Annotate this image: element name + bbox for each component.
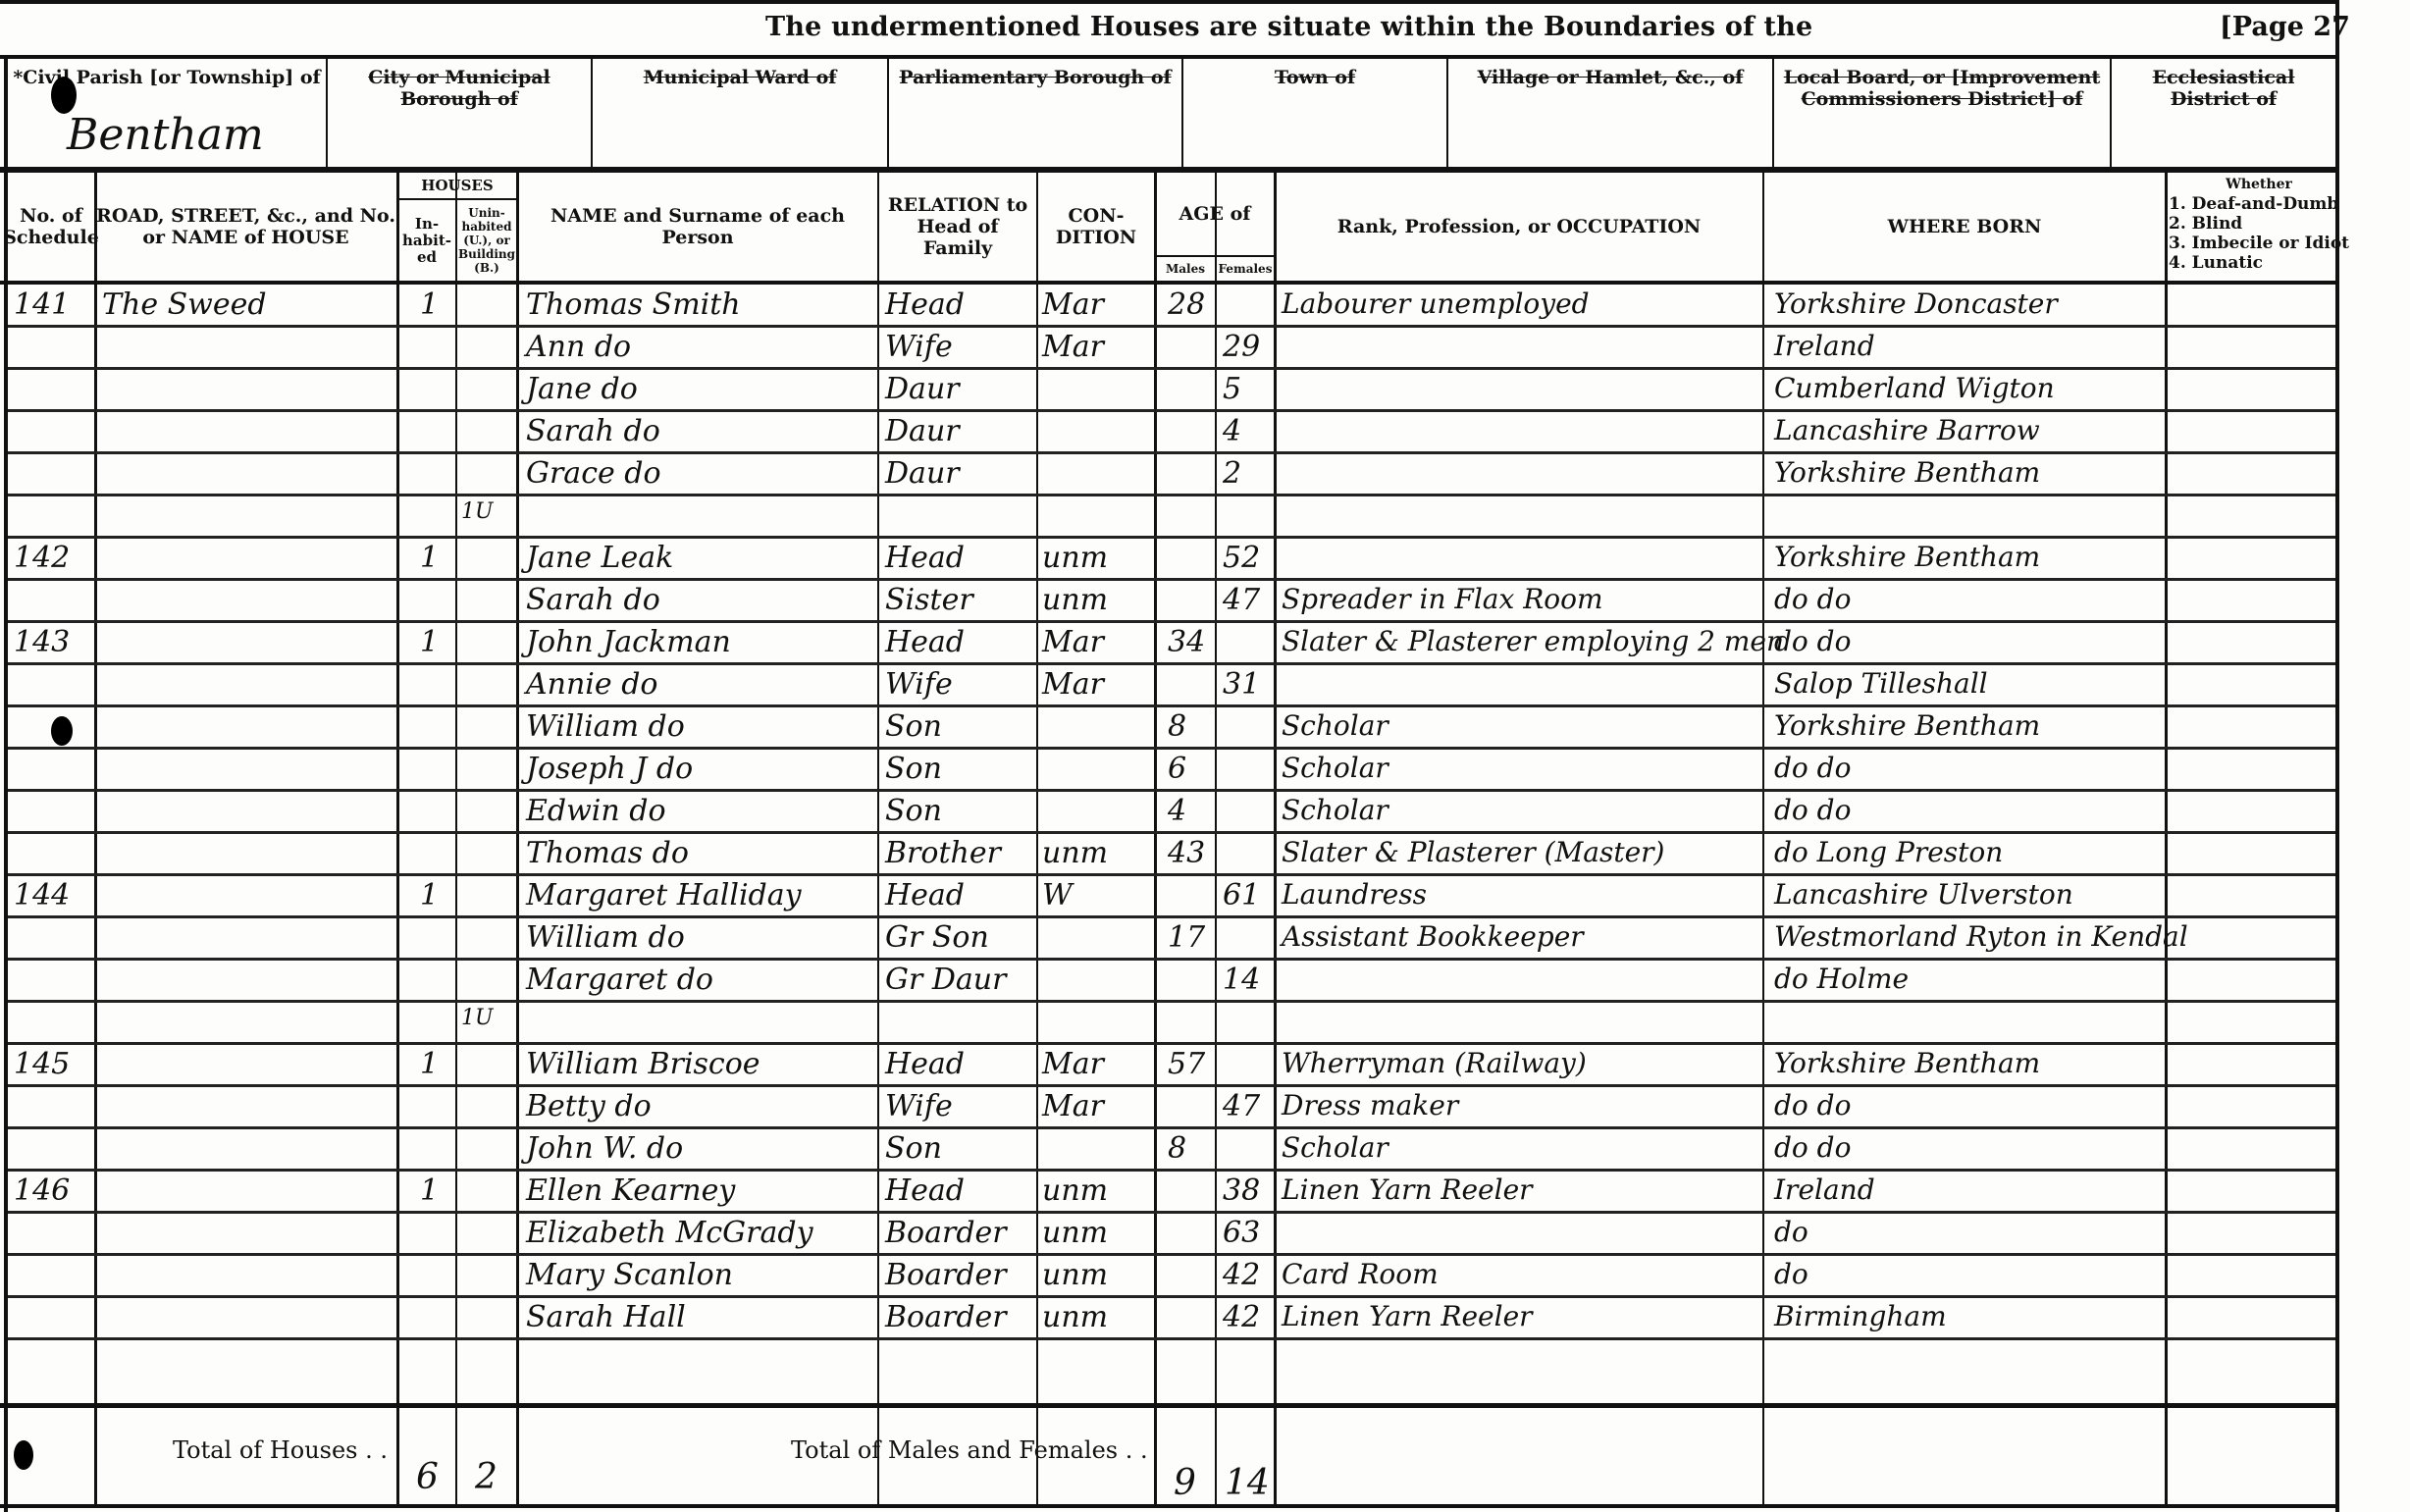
cell-female-age: 31 [1223,670,1260,700]
column-divider [1762,173,1764,1504]
cell-condition: Mar [1042,1092,1104,1121]
cell-relation: Head [885,628,965,657]
cell-name: Edwin do [526,797,666,826]
cell-name: Betty do [526,1092,652,1121]
cell-name: Sarah Hall [526,1303,686,1332]
cell-road: The Sweed [102,290,267,320]
cell-relation: Brother [885,839,1001,868]
column-divider [877,173,879,1504]
cell-name: Elizabeth McGrady [526,1219,813,1248]
cell-where-born: do [1774,1261,1808,1288]
cell-relation: Gr Son [885,923,989,953]
row-rule [8,1000,2335,1003]
totals-top-rule [0,1403,2339,1408]
cell-name: Margaret Halliday [526,881,802,911]
boundary-field: Parliamentary Borough of [889,59,1183,169]
row-rule [8,494,2335,496]
cell-where-born: Yorkshire Bentham [1774,712,2040,740]
cell-where-born: do do [1774,1134,1851,1162]
cell-where-born: Ireland [1774,1176,1875,1204]
houses-sub-rule [398,198,516,200]
boundary-field: Village or Hamlet, &c., of [1448,59,1774,169]
cell-relation: Head [885,1176,965,1206]
cell-uninhabited: 1U [461,1008,494,1029]
boundary-field: City or Municipal Borough of [328,59,593,169]
row-rule [8,620,2335,623]
cell-name: Jane do [526,375,638,404]
column-divider [516,173,519,1504]
column-divider [396,173,399,1504]
ink-blot [51,716,73,746]
infirmity-option: 4. Lunatic [2169,253,2349,273]
cell-occupation: Dress maker [1282,1092,1458,1120]
column-divider [2165,173,2168,1504]
cell-where-born: Westmorland Ryton in Kendal [1774,923,2188,951]
row-rule [8,1169,2335,1172]
boundary-label: Municipal Ward of [593,59,887,88]
cell-male-age: 8 [1168,712,1186,742]
census-page: The undermentioned Houses are situate wi… [0,0,2410,1512]
cell-inhabited: 1 [420,1050,439,1079]
cell-inhabited: 1 [420,628,439,657]
row-rule [8,1253,2335,1256]
cell-relation: Daur [885,375,960,404]
cell-name: Sarah do [526,586,660,615]
cell-condition: W [1042,881,1073,911]
cell-male-age: 8 [1168,1134,1186,1164]
header-houses: HOUSES [398,173,516,198]
cell-condition: unm [1042,1176,1108,1206]
cell-occupation: Card Room [1282,1261,1439,1288]
cell-relation: Wife [885,670,953,700]
cell-where-born: Yorkshire Bentham [1774,1050,2040,1077]
cell-relation: Boarder [885,1261,1007,1290]
cell-relation: Son [885,797,942,826]
cell-occupation: Linen Yarn Reeler [1282,1176,1533,1204]
page-bottom-rule [0,1504,2339,1508]
column-divider [1036,173,1038,1504]
total-females: 14 [1225,1466,1270,1501]
cell-female-age: 2 [1223,459,1241,489]
cell-inhabited: 1 [420,881,439,911]
cell-where-born: Lancashire Ulverston [1774,881,2073,909]
cell-name: Mary Scanlon [526,1261,733,1290]
cell-male-age: 28 [1168,290,1205,320]
cell-condition: unm [1042,1219,1108,1248]
cell-inhabited: 1 [420,544,439,573]
cell-uninhabited: 1U [461,501,494,523]
cell-female-age: 61 [1223,881,1260,911]
cell-female-age: 52 [1223,544,1260,573]
cell-occupation: Assistant Bookkeeper [1282,923,1584,951]
cell-condition: Mar [1042,1050,1104,1079]
boundary-label: Village or Hamlet, &c., of [1448,59,1772,88]
row-rule [8,1084,2335,1087]
cell-where-born: Yorkshire Doncaster [1774,290,2058,318]
cell-name: William Briscoe [526,1050,760,1079]
cell-schedule: 146 [14,1176,70,1206]
cell-relation: Son [885,755,942,784]
cell-relation: Boarder [885,1303,1007,1332]
boundary-value: Bentham [67,110,264,160]
cell-name: Jane Leak [526,544,673,573]
row-rule [8,789,2335,792]
row-rule [8,1042,2335,1045]
column-divider [1274,173,1277,1504]
row-rule [8,662,2335,665]
header-inhabited: In-habit-ed [398,200,455,281]
cell-where-born: Yorkshire Bentham [1774,544,2040,571]
cell-where-born: do do [1774,628,1851,655]
row-rule [8,1211,2335,1214]
cell-relation: Daur [885,417,960,446]
row-rule [8,704,2335,707]
cell-relation: Son [885,712,942,742]
cell-occupation: Wherryman (Railway) [1282,1050,1587,1077]
cell-condition: unm [1042,839,1108,868]
cell-occupation: Labourer unemployed [1282,290,1590,318]
cell-female-age: 42 [1223,1303,1260,1332]
row-rule [8,451,2335,454]
cell-name: Ann do [526,333,631,362]
cell-female-age: 42 [1223,1261,1260,1290]
cell-occupation: Scholar [1282,712,1388,740]
column-divider [1154,173,1157,1504]
row-rule [8,1337,2335,1340]
cell-where-born: Cumberland Wigton [1774,375,2055,402]
cell-male-age: 4 [1168,797,1186,826]
boundary-field: Local Board, or [Improvement Commissione… [1774,59,2112,169]
cell-occupation: Scholar [1282,755,1388,782]
cell-condition: unm [1042,1261,1108,1290]
cell-condition: unm [1042,586,1108,615]
boundary-label: Town of [1183,59,1446,88]
row-rule [8,831,2335,834]
cell-name: William do [526,923,685,953]
cell-relation: Head [885,290,965,320]
boundary-label: Local Board, or [Improvement Commissione… [1774,59,2110,110]
cell-where-born: Lancashire Barrow [1774,417,2040,444]
row-rule [8,409,2335,412]
row-rule [8,1126,2335,1129]
cell-male-age: 57 [1168,1050,1205,1079]
cell-male-age: 6 [1168,755,1186,784]
cell-male-age: 43 [1168,839,1205,868]
row-rule [8,915,2335,918]
header-occupation: Rank, Profession, or OCCUPATION [1276,173,1762,281]
cell-condition: Mar [1042,333,1104,362]
cell-name: Thomas do [526,839,689,868]
cell-where-born: do [1774,1219,1808,1246]
row-rule [8,1295,2335,1298]
cell-where-born: Yorkshire Bentham [1774,459,2040,487]
header-uninhabited: Unin-habited (U.), or Building (B.) [457,200,516,281]
cell-female-age: 4 [1223,417,1241,446]
cell-occupation: Slater & Plasterer employing 2 men [1282,628,1784,655]
cell-female-age: 38 [1223,1176,1260,1206]
page-title: The undermentioned Houses are situate wi… [765,12,1812,42]
page-number: [Page 27 [2220,12,2350,42]
cell-where-born: Salop Tilleshall [1774,670,1988,698]
cell-name: Sarah do [526,417,660,446]
cell-female-age: 5 [1223,375,1241,404]
header-males: Males [1156,257,1215,281]
cell-where-born: Birmingham [1774,1303,1947,1330]
ink-blot [51,77,77,114]
row-rule [8,325,2335,328]
cell-female-age: 47 [1223,1092,1260,1121]
column-divider [455,173,457,1504]
header-females: Females [1217,257,1274,281]
header-infirmity: Whether 1. Deaf-and-Dumb 2. Blind 3. Imb… [2169,175,2349,273]
cell-relation: Gr Daur [885,965,1006,995]
column-divider [94,173,97,1504]
cell-occupation: Laundress [1282,881,1427,909]
cell-name: Margaret do [526,965,713,995]
header-condition: CON-DITION [1038,173,1154,281]
cell-inhabited: 1 [420,1176,439,1206]
cell-condition: Mar [1042,670,1104,700]
cell-where-born: do Holme [1774,965,1909,993]
cell-condition: Mar [1042,290,1104,320]
cell-male-age: 34 [1168,628,1205,657]
cell-schedule: 142 [14,544,70,573]
cell-occupation: Spreader in Flax Room [1282,586,1603,613]
boundary-field: Ecclesiastical District of [2112,59,2335,169]
top-border [0,0,2339,4]
cell-female-age: 14 [1223,965,1260,995]
total-males: 9 [1174,1466,1196,1501]
cell-female-age: 63 [1223,1219,1260,1248]
cell-where-born: do do [1774,1092,1851,1120]
header-name: NAME and Surname of each Person [518,173,877,281]
cell-name: William do [526,712,685,742]
cell-male-age: 17 [1168,923,1205,953]
cell-condition: unm [1042,1303,1108,1332]
infirmity-option: 3. Imbecile or Idiot [2169,234,2349,253]
total-inhabited: 6 [416,1460,439,1495]
cell-relation: Daur [885,459,960,489]
cell-where-born: do do [1774,755,1851,782]
cell-relation: Wife [885,333,953,362]
cell-name: Joseph J do [526,755,693,784]
row-rule [8,536,2335,539]
cell-where-born: do Long Preston [1774,839,2003,866]
infirmity-heading: Whether [2169,175,2349,194]
cell-relation: Head [885,881,965,911]
row-rule [8,747,2335,750]
header-where-born: WHERE BORN [1764,173,2165,281]
cell-female-age: 47 [1223,586,1260,615]
total-persons-label: Total of Males and Females . . [791,1436,1148,1464]
header-schedule: No. of Schedule [8,173,94,281]
column-divider [1215,173,1217,1504]
cell-relation: Sister [885,586,973,615]
cell-where-born: Ireland [1774,333,1875,360]
cell-where-born: do do [1774,797,1851,824]
cell-condition: unm [1042,544,1108,573]
boundary-field: *Civil Parish [or Township] ofBentham [8,59,328,169]
boundary-label: Parliamentary Borough of [889,59,1181,88]
cell-name: John W. do [526,1134,683,1164]
total-houses-label: Total of Houses . . [173,1436,388,1464]
cell-schedule: 141 [14,290,70,320]
header-relation: RELATION to Head of Family [879,173,1036,281]
cell-name: Ellen Kearney [526,1176,735,1206]
cell-relation: Head [885,544,965,573]
cell-name: Thomas Smith [526,290,741,320]
boundary-label: City or Municipal Borough of [328,59,591,110]
cell-name: John Jackman [526,628,731,657]
infirmity-option: 1. Deaf-and-Dumb [2169,194,2349,214]
row-rule [8,873,2335,876]
row-rule [8,578,2335,581]
header-bottom-rule [0,281,2339,285]
cell-condition: Mar [1042,628,1104,657]
cell-name: Annie do [526,670,657,700]
cell-occupation: Slater & Plasterer (Master) [1282,839,1664,866]
cell-relation: Head [885,1050,965,1079]
ink-blot [14,1440,33,1470]
cell-schedule: 143 [14,628,70,657]
cell-relation: Boarder [885,1219,1007,1248]
boundary-label: Ecclesiastical District of [2112,59,2335,110]
cell-relation: Wife [885,1092,953,1121]
boundary-field: Town of [1183,59,1448,169]
cell-female-age: 29 [1223,333,1260,362]
row-rule [8,958,2335,961]
cell-inhabited: 1 [420,290,439,320]
boundary-field: Municipal Ward of [593,59,889,169]
cell-schedule: 145 [14,1050,70,1079]
cell-schedule: 144 [14,881,70,911]
cell-occupation: Scholar [1282,1134,1388,1162]
cell-relation: Son [885,1134,942,1164]
infirmity-option: 2. Blind [2169,214,2349,234]
row-rule [8,367,2335,370]
header-road: ROAD, STREET, &c., and No. or NAME of HO… [96,173,395,281]
cell-where-born: do do [1774,586,1851,613]
total-uninhabited: 2 [475,1460,498,1495]
cell-occupation: Scholar [1282,797,1388,824]
cell-name: Grace do [526,459,661,489]
cell-occupation: Linen Yarn Reeler [1282,1303,1533,1330]
